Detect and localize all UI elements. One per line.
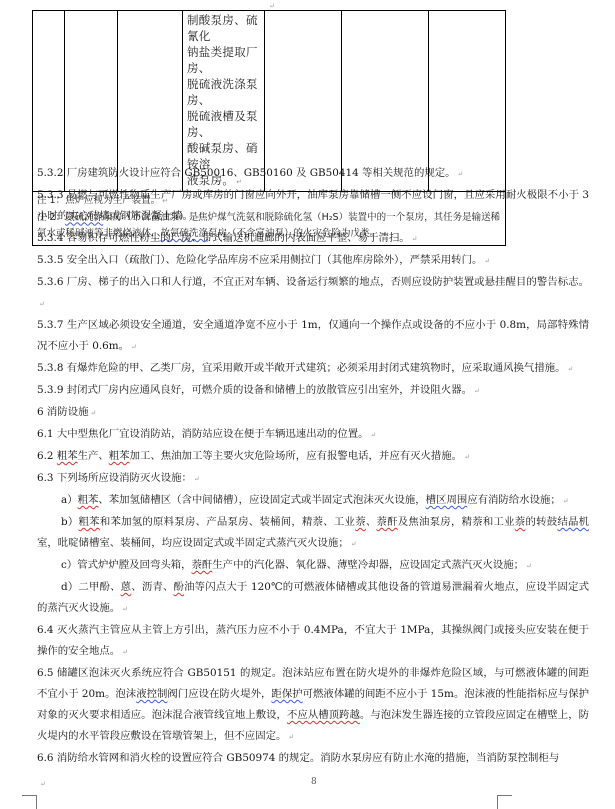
cell-line: 制酸泵房、硫氰化 (187, 12, 260, 44)
paragraph-6-1: 6.1 大中型焦化厂宜设消防站，消防站应设在便于车辆迅速出动的位置。↵ (37, 424, 589, 446)
spellcheck-underline: 槽区周围 (426, 494, 468, 506)
paragraph-5-3-7: 5.3.7 生产区域必须设安全通道，安全通道净宽不应小于 1m，仅通向一个操作点… (37, 315, 589, 358)
spellcheck-underline: 萘酐 (376, 516, 397, 528)
spellcheck-underline: 结晶机 (557, 516, 589, 528)
paragraph-6-3-b: b）粗苯和苯加氢的原料泵房、产品泵房、装桶间，精萘、工业萘、萘酐及焦油泵房，精萘… (37, 512, 589, 555)
spellcheck-underline: 酚 (174, 581, 185, 593)
spellcheck-underline: 萘酐 (192, 559, 213, 571)
paragraph-5-3-9: 5.3.9 封闭式厂房内应通风良好，可燃介质的设备和储槽上的放散管应引出室外，并… (37, 380, 589, 402)
spellcheck-underline: 不应从槽顶跨越 (287, 709, 360, 721)
document-body: 5.3.2 厂房建筑防火设计应符合 GB50016、GB50160 及 GB50… (37, 163, 589, 769)
paragraph-6-2: 6.2 粗苯生产、粗苯加工、焦油加工等主要火灾危险场所，应有报警电话，并应有灭火… (37, 446, 589, 468)
spellcheck-underline: 距保护 (271, 688, 302, 700)
paragraph-5-3-3: 5.3.3 易燃与可燃性物质生产厂房或库房的门窗应向外开，油库泵房靠储槽一侧不应… (37, 185, 589, 228)
section-heading-6: 6 消防设施↵ (37, 402, 589, 424)
spellcheck-underline: 蒽 (121, 581, 132, 593)
spellcheck-underline: 萘 (515, 516, 526, 528)
paragraph-6-6: 6.6 消防给水管网和消火栓的设置应符合 GB50974 的规定。消防水泵房应有… (37, 748, 589, 769)
spellcheck-underline: 粗苯 (78, 494, 99, 506)
paragraph-6-4: 6.4 灭火蒸汽主管应从主管上方引出，蒸汽压力应不小于 0.4MPa，不宜大于 … (37, 620, 589, 663)
paragraph-5-3-5: 5.3.5 安全出入口（疏散门）、危险化学品库房不应采用侧拉门（其他库房除外），… (37, 250, 589, 272)
cell-line: 脱硫液洗涤泵房、 (187, 76, 260, 108)
cell-line: 脱硫液槽及泵房、 (187, 108, 260, 140)
paragraph-mark: ↵ (40, 780, 46, 788)
paragraph-6-3-a: a）粗苯、苯加氢储槽区（含中间储槽），应设固定式或半固定式泡沫灭火设施，槽区周围… (37, 490, 589, 512)
page-corner-mark-right (497, 795, 512, 809)
paragraph-6-3-c: c）管式炉炉膛及回弯头箱，萘酐生产中的汽化器、氧化器、薄壁冷却器，应设固定式蒸汽… (37, 555, 589, 577)
spellcheck-underline: 液控制 (136, 688, 167, 700)
paragraph-5-3-4: 5.3.4 容易积存可燃性粉尘的厂房、带式输送机通廊的内表面应平整、易于清扫。↵ (37, 228, 589, 250)
page-corner-mark-left (22, 795, 37, 809)
cell-line: 钠盐类提取厂房、 (187, 44, 260, 76)
paragraph-6-3-d: d）二甲酚、蒽、沥青、酚油等闪点大于 120℃的可燃液体储槽或其他设备的管道易泄… (37, 577, 589, 620)
spellcheck-underline: 粗苯 (79, 516, 100, 528)
paragraph-5-3-2: 5.3.2 厂房建筑防火设计应符合 GB50016、GB50160 及 GB50… (37, 163, 589, 185)
spellcheck-underline: 萘 (355, 516, 366, 528)
page-number: 8 (311, 777, 317, 787)
spellcheck-underline: 粗苯 (57, 450, 78, 462)
paragraph-mark: ↵ (269, 2, 275, 10)
paragraph-6-5: 6.5 储罐区泡沫灭火系统应符合 GB50151 的规定。泡沫站应布置在防火堤外… (37, 663, 589, 748)
paragraph-6-3: 6.3 下列场所应设消防灭火设施：↵ (37, 468, 589, 490)
spellcheck-underline: 粗苯 (109, 450, 130, 462)
paragraph-5-3-8: 5.3.8 有爆炸危险的甲、乙类厂房，宜采用敞开或半敞开式建筑；必须采用封闭式建… (37, 358, 589, 380)
paragraph-5-3-6: 5.3.6 厂房、梯子的出入口和人行道，不宜正对车辆、设备运行频繁的地点，否则应… (37, 272, 589, 315)
